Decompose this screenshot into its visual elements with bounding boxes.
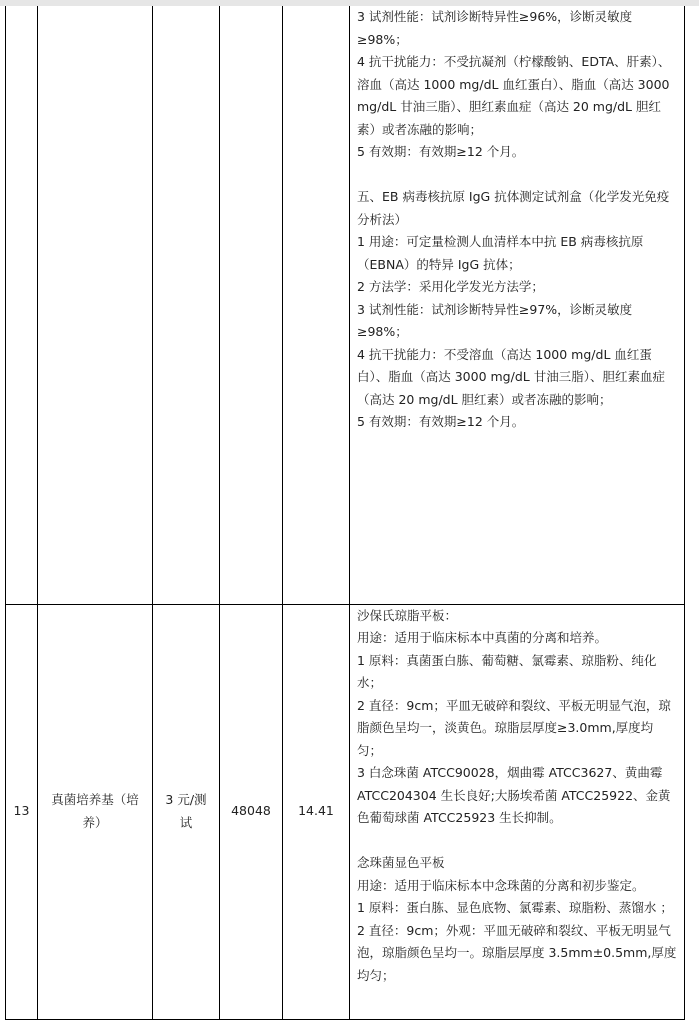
table-row: 3 试剂性能：试剂诊断特异性≥96%，诊断灵敏度≥98%； 4 抗干扰能力：不受… [6, 6, 685, 604]
spec-line: 2 方法学：采用化学发光方法学； [357, 276, 678, 299]
spec-line: 1 用途：可定量检测人血清样本中抗 EB 病毒核抗原（EBNA）的特异 IgG … [357, 231, 678, 276]
spec-line: 3 试剂性能：试剂诊断特异性≥97%，诊断灵敏度≥98%； [357, 299, 678, 344]
quantity-cell [220, 6, 283, 604]
spec-section-title: 五、EB 病毒核抗原 IgG 抗体测定试剂盒（化学发光免疫分析法） [357, 186, 678, 231]
spec-spacer [357, 830, 678, 853]
spec-spacer [357, 164, 678, 187]
spec-line: 4 抗干扰能力：不受抗凝剂（柠檬酸钠、EDTA、肝素）、溶血（高达 1000 m… [357, 51, 678, 141]
spec-line: 5 有效期：有效期≥12 个月。 [357, 411, 678, 434]
unit-price-cell [153, 6, 220, 604]
spec-line: 1 原料：真菌蛋白胨、葡萄糖、氯霉素、琼脂粉、纯化水； [357, 650, 678, 695]
spec-line: 用途：适用于临床标本中真菌的分离和培养。 [357, 627, 678, 650]
item-name-cell: 真菌培养基（培养） [38, 604, 153, 1019]
spec-line: 2 直径：9cm；外观：平皿无破碎和裂纹、平板无明显气泡，琼脂颜色呈均一。琼脂层… [357, 920, 678, 988]
item-name-cell [38, 6, 153, 604]
spec-section-title: 沙保氏琼脂平板： [357, 605, 678, 628]
index-cell [6, 6, 38, 604]
amount-cell: 14.41 [283, 604, 350, 1019]
spec-cell: 3 试剂性能：试剂诊断特异性≥96%，诊断灵敏度≥98%； 4 抗干扰能力：不受… [350, 6, 685, 604]
unit-price-cell: 3 元/测试 [153, 604, 220, 1019]
table-row: 13 真菌培养基（培养） 3 元/测试 48048 14.41 沙保氏琼脂平板：… [6, 604, 685, 1019]
spec-line: 5 有效期：有效期≥12 个月。 [357, 141, 678, 164]
spec-line: 3 白念珠菌 ATCC90028，烟曲霉 ATCC3627、黄曲霉 ATCC20… [357, 762, 678, 830]
quantity-cell: 48048 [220, 604, 283, 1019]
amount-cell [283, 6, 350, 604]
spec-line: 4 抗干扰能力：不受溶血（高达 1000 mg/dL 血红蛋白）、脂血（高达 3… [357, 344, 678, 412]
procurement-spec-table: 3 试剂性能：试剂诊断特异性≥96%，诊断灵敏度≥98%； 4 抗干扰能力：不受… [5, 6, 685, 1020]
spec-line: 1 原料：蛋白胨、显色底物、氯霉素、琼脂粉、蒸馏水 ； [357, 897, 678, 920]
spec-section-title: 念珠菌显色平板 [357, 852, 678, 875]
spec-line: 3 试剂性能：试剂诊断特异性≥96%，诊断灵敏度≥98%； [357, 6, 678, 51]
index-cell: 13 [6, 604, 38, 1019]
spec-line: 用途：适用于临床标本中念珠菌的分离和初步鉴定。 [357, 875, 678, 898]
spec-line: 2 直径：9cm；平皿无破碎和裂纹、平板无明显气泡，琼脂颜色呈均一，淡黄色。琼脂… [357, 695, 678, 763]
spec-cell: 沙保氏琼脂平板： 用途：适用于临床标本中真菌的分离和培养。 1 原料：真菌蛋白胨… [350, 604, 685, 1019]
